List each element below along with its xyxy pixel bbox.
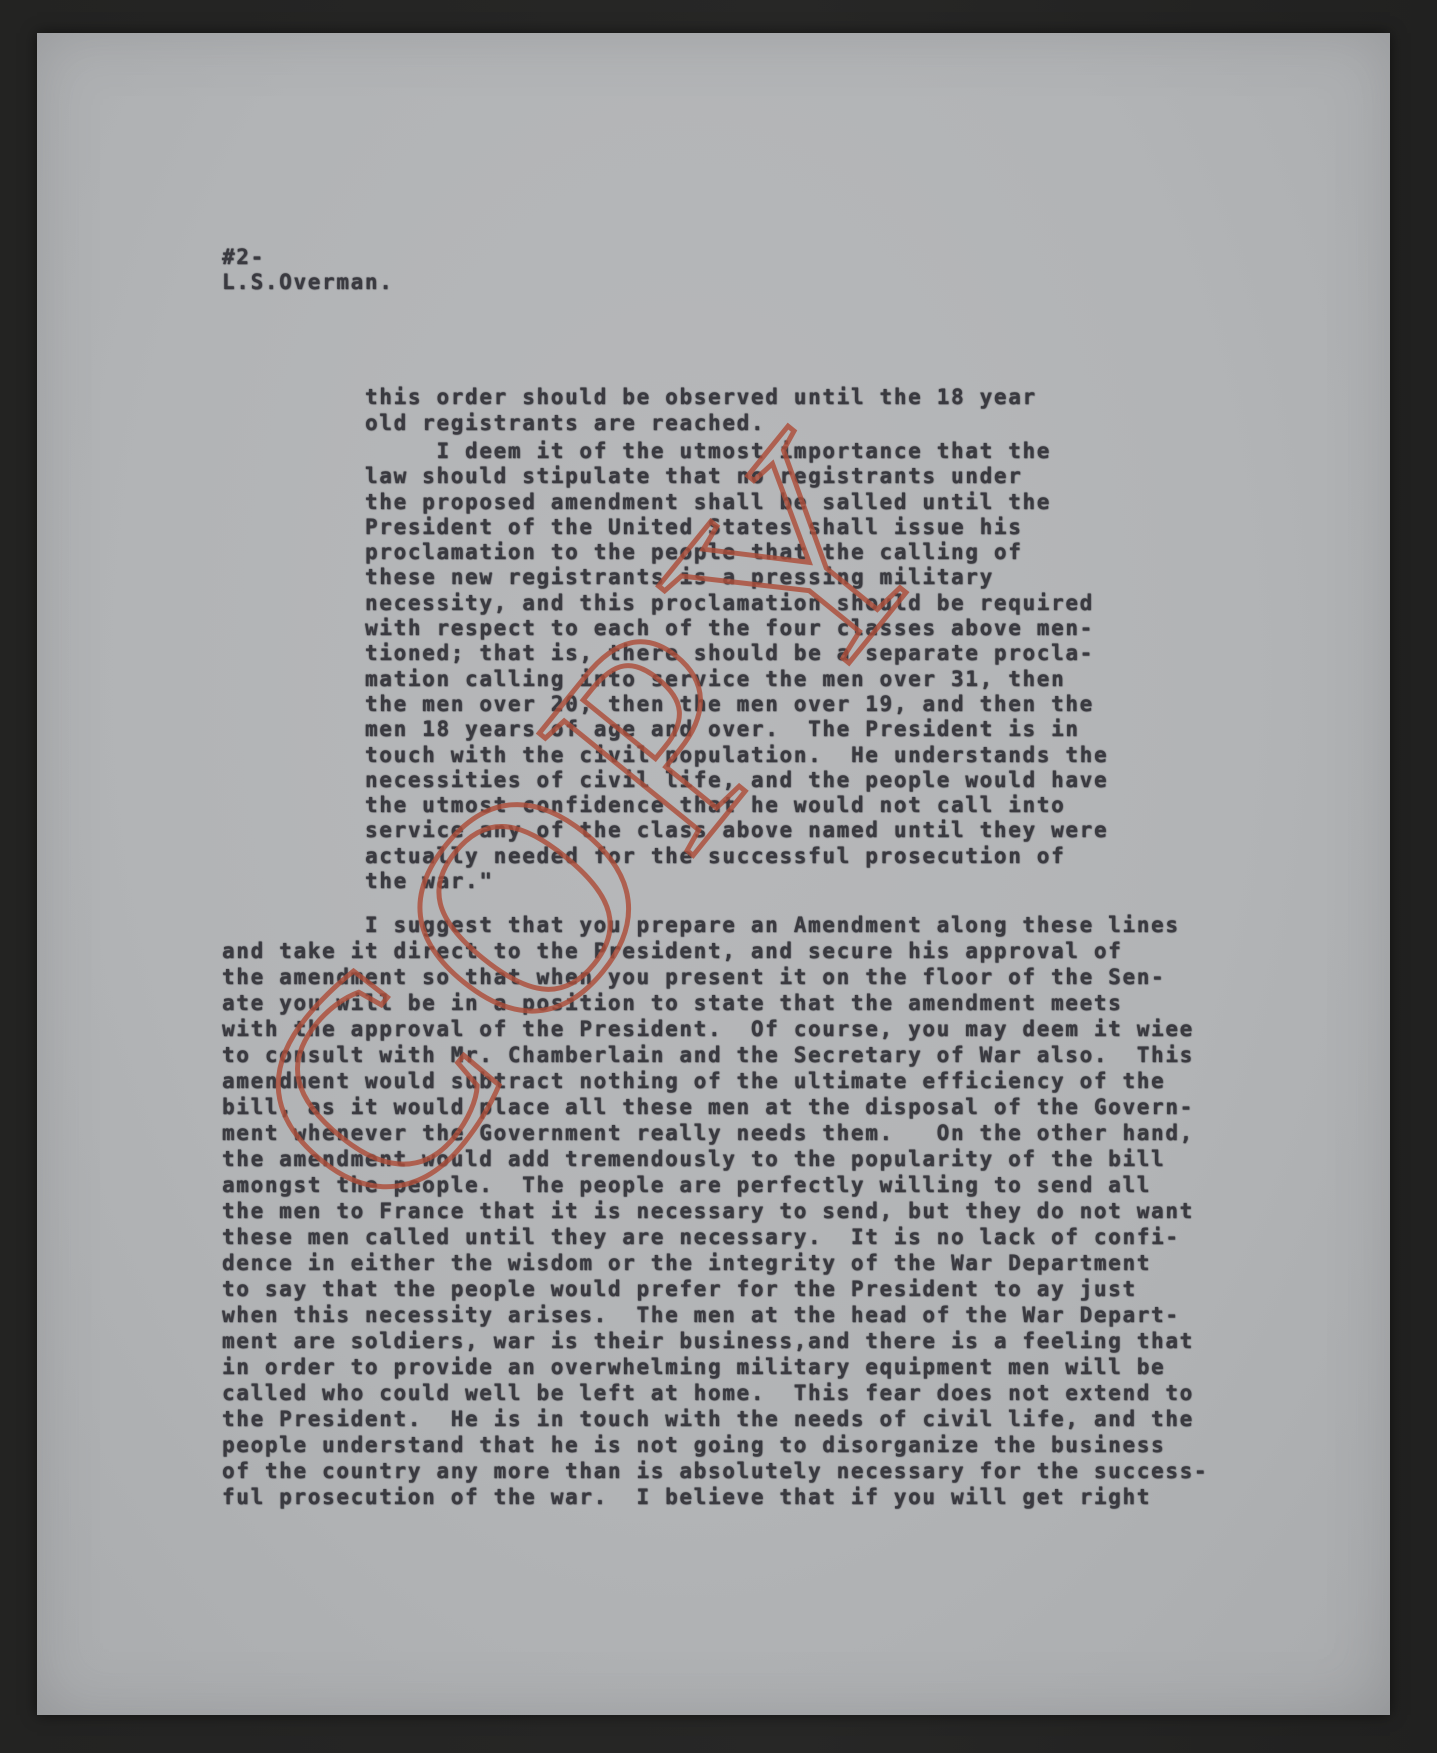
page-header: #2- L.S.Overman. [222, 245, 394, 295]
letter-page: #2- L.S.Overman. this order should be ob… [37, 33, 1390, 1715]
photographed-document-scan: #2- L.S.Overman. this order should be ob… [0, 0, 1437, 1753]
quoted-paragraph-1: this order should be observed until the … [365, 385, 1037, 436]
body-paragraph: I suggest that you prepare an Amendment … [222, 912, 1208, 1510]
quoted-paragraph-2: I deem it of the utmost importance that … [365, 439, 1108, 894]
